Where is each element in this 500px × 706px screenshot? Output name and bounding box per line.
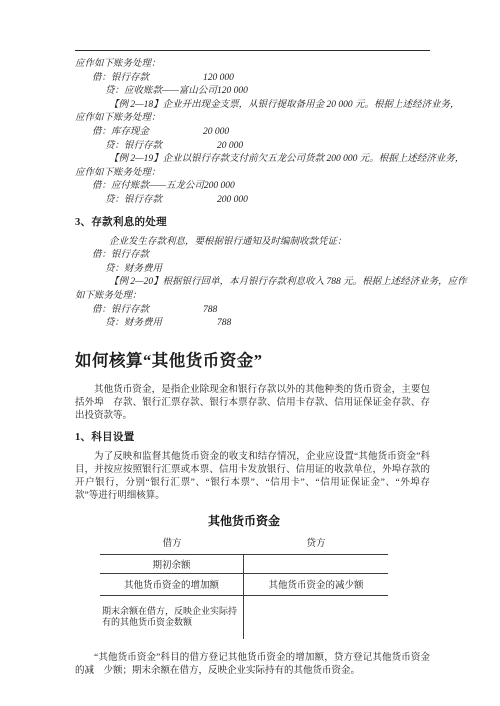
taccount-cell-debit: 其他货币资金的增加额 bbox=[100, 574, 244, 595]
journal-line: 借：应付账款——五龙公司200 000 bbox=[75, 180, 430, 194]
journal-line: 应作如下账务处理： bbox=[75, 167, 430, 181]
journal-line-text: 【例 2—20】根据银行回单，本月银行存款利息收入 788 元。根据上述经济业务… bbox=[92, 276, 467, 290]
journal-line: 贷：银行存款20 000 bbox=[75, 140, 430, 154]
journal-line-amount: 120 000 bbox=[217, 85, 248, 99]
journal-line-text: 应作如下账务处理： bbox=[75, 58, 161, 72]
journal-line: 借：银行存款788 bbox=[75, 304, 430, 318]
journal-line-text: 借：银行存款 bbox=[92, 249, 203, 263]
journal-line: 借：银行存款 bbox=[75, 249, 430, 263]
journal-line-amount: 788 bbox=[217, 317, 231, 331]
journal-line-text: 应作如下账务处理： bbox=[75, 112, 161, 126]
taccount-header-debit: 借方 bbox=[100, 535, 244, 554]
journal-block-cash-examples: 应作如下账务处理：借：银行存款120 000贷：应收账款——富山公司120 00… bbox=[75, 58, 430, 208]
journal-line-text: 贷：应收账款——富山公司 bbox=[105, 85, 217, 99]
taccount-row-ending-balance: 期末余额在借方，反映企业实际持有的其他货币资金数额 bbox=[100, 595, 388, 639]
article-title: 如何核算“其他货币资金” bbox=[75, 347, 430, 371]
journal-line-text: 贷：银行存款 bbox=[105, 194, 217, 208]
subsection-heading-account-setup: 1、科目设置 bbox=[75, 429, 430, 444]
taccount-cell-credit bbox=[244, 596, 388, 639]
taccount-cell-credit bbox=[244, 555, 388, 573]
header-divider-rule bbox=[75, 50, 430, 51]
journal-line-amount: 200 000 bbox=[204, 180, 235, 194]
taccount-table: 其他货币资金 借方 贷方 期初余额 其他货币资金的增加额 其他货币资金的减少额 … bbox=[100, 512, 388, 639]
journal-line: 贷：财务费用 bbox=[75, 263, 430, 277]
taccount-header-credit: 贷方 bbox=[244, 535, 388, 554]
taccount-header-row: 借方 贷方 bbox=[100, 535, 388, 554]
journal-line-text: 贷：财务费用 bbox=[105, 317, 217, 331]
journal-line-amount: 20 000 bbox=[203, 126, 229, 140]
journal-line: 企业发生存款利息，要根据银行通知及时编制收款凭证： bbox=[75, 236, 430, 250]
intro-paragraph: 其他货币资金，是指企业除现金和银行存款以外的其他种类的货币资金，主要包括外埠 存… bbox=[75, 384, 430, 423]
journal-line-amount: 788 bbox=[203, 304, 217, 318]
journal-line: 【例 2—19】企业以银行存款支付前欠五龙公司货款 200 000 元。根据上述… bbox=[75, 153, 430, 167]
journal-line-amount: 200 000 bbox=[217, 194, 248, 208]
journal-line-text: 借：银行存款 bbox=[92, 72, 203, 86]
taccount-cell-debit: 期末余额在借方，反映企业实际持有的其他货币资金数额 bbox=[100, 596, 244, 639]
journal-line: 贷：银行存款200 000 bbox=[75, 194, 430, 208]
journal-line: 借：银行存款120 000 bbox=[75, 72, 430, 86]
journal-line: 如下账务处理： bbox=[75, 290, 430, 304]
taccount-title: 其他货币资金 bbox=[100, 512, 388, 529]
journal-line: 应作如下账务处理： bbox=[75, 112, 430, 126]
journal-line: 贷：财务费用788 bbox=[75, 317, 430, 331]
journal-line-text: 【例 2—18】企业开出现金支票，从银行提取备用金 20 000 元。根据上述经… bbox=[92, 99, 459, 113]
taccount-row-changes: 其他货币资金的增加额 其他货币资金的减少额 bbox=[100, 573, 388, 595]
account-setup-paragraph: 为了反映和监督其他货币资金的收支和结存情况，企业应设置“其他货币资金”科目，并按… bbox=[75, 451, 430, 503]
journal-line-amount: 120 000 bbox=[203, 72, 234, 86]
section-heading-deposit-interest: 3、存款利息的处理 bbox=[75, 214, 430, 229]
taccount-row-opening-balance: 期初余额 bbox=[100, 554, 388, 573]
journal-line-text: 贷：银行存款 bbox=[105, 140, 217, 154]
journal-line-text: 企业发生存款利息，要根据银行通知及时编制收款凭证： bbox=[92, 236, 347, 250]
summary-paragraph: “其他货币资金”科目的借方登记其他货币资金的增加额，贷方登记其他货币资金的减 少… bbox=[75, 652, 430, 678]
journal-line-text: 借：应付账款——五龙公司 bbox=[92, 180, 204, 194]
journal-line-text: 借：库存现金 bbox=[92, 126, 203, 140]
journal-line-text: 如下账务处理： bbox=[75, 290, 142, 304]
journal-line-text: 应作如下账务处理： bbox=[75, 167, 161, 181]
journal-block-interest-examples: 企业发生存款利息，要根据银行通知及时编制收款凭证：借：银行存款贷：财务费用【例 … bbox=[75, 236, 430, 331]
page-content: 应作如下账务处理：借：银行存款120 000贷：应收账款——富山公司120 00… bbox=[0, 0, 500, 678]
journal-line: 【例 2—18】企业开出现金支票，从银行提取备用金 20 000 元。根据上述经… bbox=[75, 99, 430, 113]
taccount-cell-debit: 期初余额 bbox=[100, 555, 244, 573]
journal-line-text: 借：银行存款 bbox=[92, 304, 203, 318]
journal-line: 借：库存现金20 000 bbox=[75, 126, 430, 140]
journal-line: 贷：应收账款——富山公司120 000 bbox=[75, 85, 430, 99]
document-page: 应作如下账务处理：借：银行存款120 000贷：应收账款——富山公司120 00… bbox=[0, 0, 500, 706]
journal-line: 【例 2—20】根据银行回单，本月银行存款利息收入 788 元。根据上述经济业务… bbox=[75, 276, 430, 290]
journal-line-amount: 20 000 bbox=[217, 140, 243, 154]
journal-line-text: 【例 2—19】企业以银行存款支付前欠五龙公司货款 200 000 元。根据上述… bbox=[92, 153, 464, 167]
taccount-cell-credit: 其他货币资金的减少额 bbox=[244, 574, 388, 595]
journal-line-text: 贷：财务费用 bbox=[105, 263, 217, 277]
journal-line: 应作如下账务处理： bbox=[75, 58, 430, 72]
